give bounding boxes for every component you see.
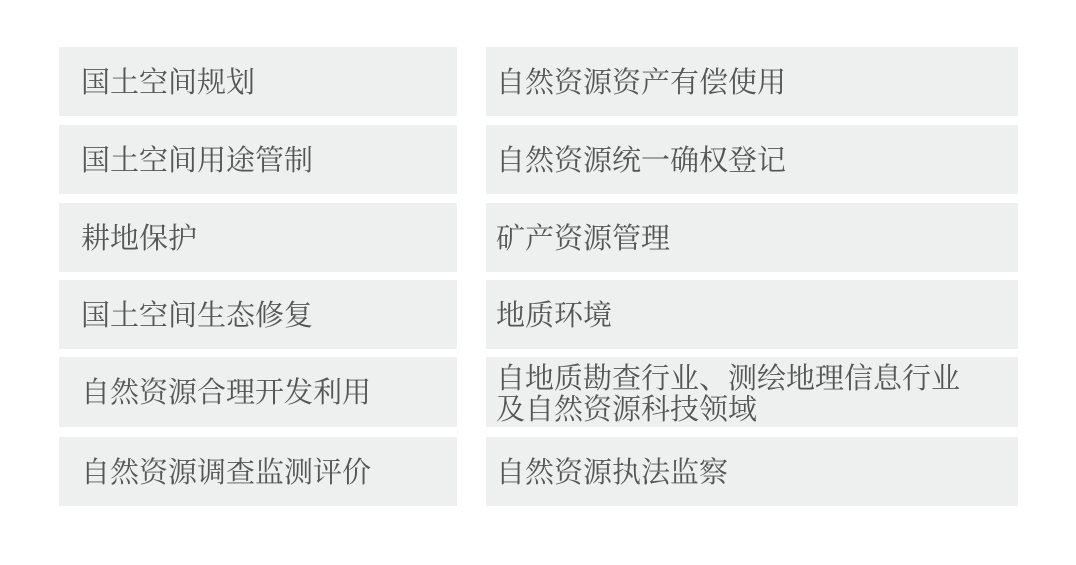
category-label: 自然资源统一确权登记 — [496, 144, 786, 176]
category-item-mineral-management[interactable]: 矿产资源管理 — [486, 203, 1018, 272]
category-label: 国土空间用途管制 — [81, 144, 313, 176]
category-item-law-enforcement[interactable]: 自然资源执法监察 — [486, 437, 1018, 506]
category-label: 地质环境 — [496, 299, 612, 331]
category-label: 自然资源执法监察 — [496, 456, 728, 488]
category-item-geology-surveying-tech[interactable]: 自地质勘查行业、测绘地理信息行业及自然资源科技领域 — [486, 357, 1018, 427]
category-item-spatial-planning[interactable]: 国土空间规划 — [59, 47, 457, 116]
category-item-geological-environment[interactable]: 地质环境 — [486, 280, 1018, 349]
category-item-asset-paid-use[interactable]: 自然资源资产有偿使用 — [486, 47, 1018, 116]
category-item-use-control[interactable]: 国土空间用途管制 — [59, 125, 457, 194]
category-label: 国土空间生态修复 — [81, 299, 313, 331]
category-item-rights-registration[interactable]: 自然资源统一确权登记 — [486, 125, 1018, 194]
category-item-farmland-protection[interactable]: 耕地保护 — [59, 203, 457, 272]
category-label: 耕地保护 — [81, 222, 197, 254]
category-item-ecological-restoration[interactable]: 国土空间生态修复 — [59, 280, 457, 349]
category-label: 国土空间规划 — [81, 66, 255, 98]
category-label: 矿产资源管理 — [496, 222, 670, 254]
category-label: 自然资源调查监测评价 — [81, 456, 371, 488]
category-item-survey-monitoring[interactable]: 自然资源调查监测评价 — [59, 437, 457, 506]
category-label: 自然资源合理开发利用 — [81, 376, 371, 408]
category-label: 自地质勘查行业、测绘地理信息行业及自然资源科技领域 — [496, 363, 978, 425]
category-label: 自然资源资产有偿使用 — [496, 66, 786, 98]
category-item-resource-utilization[interactable]: 自然资源合理开发利用 — [59, 357, 457, 427]
